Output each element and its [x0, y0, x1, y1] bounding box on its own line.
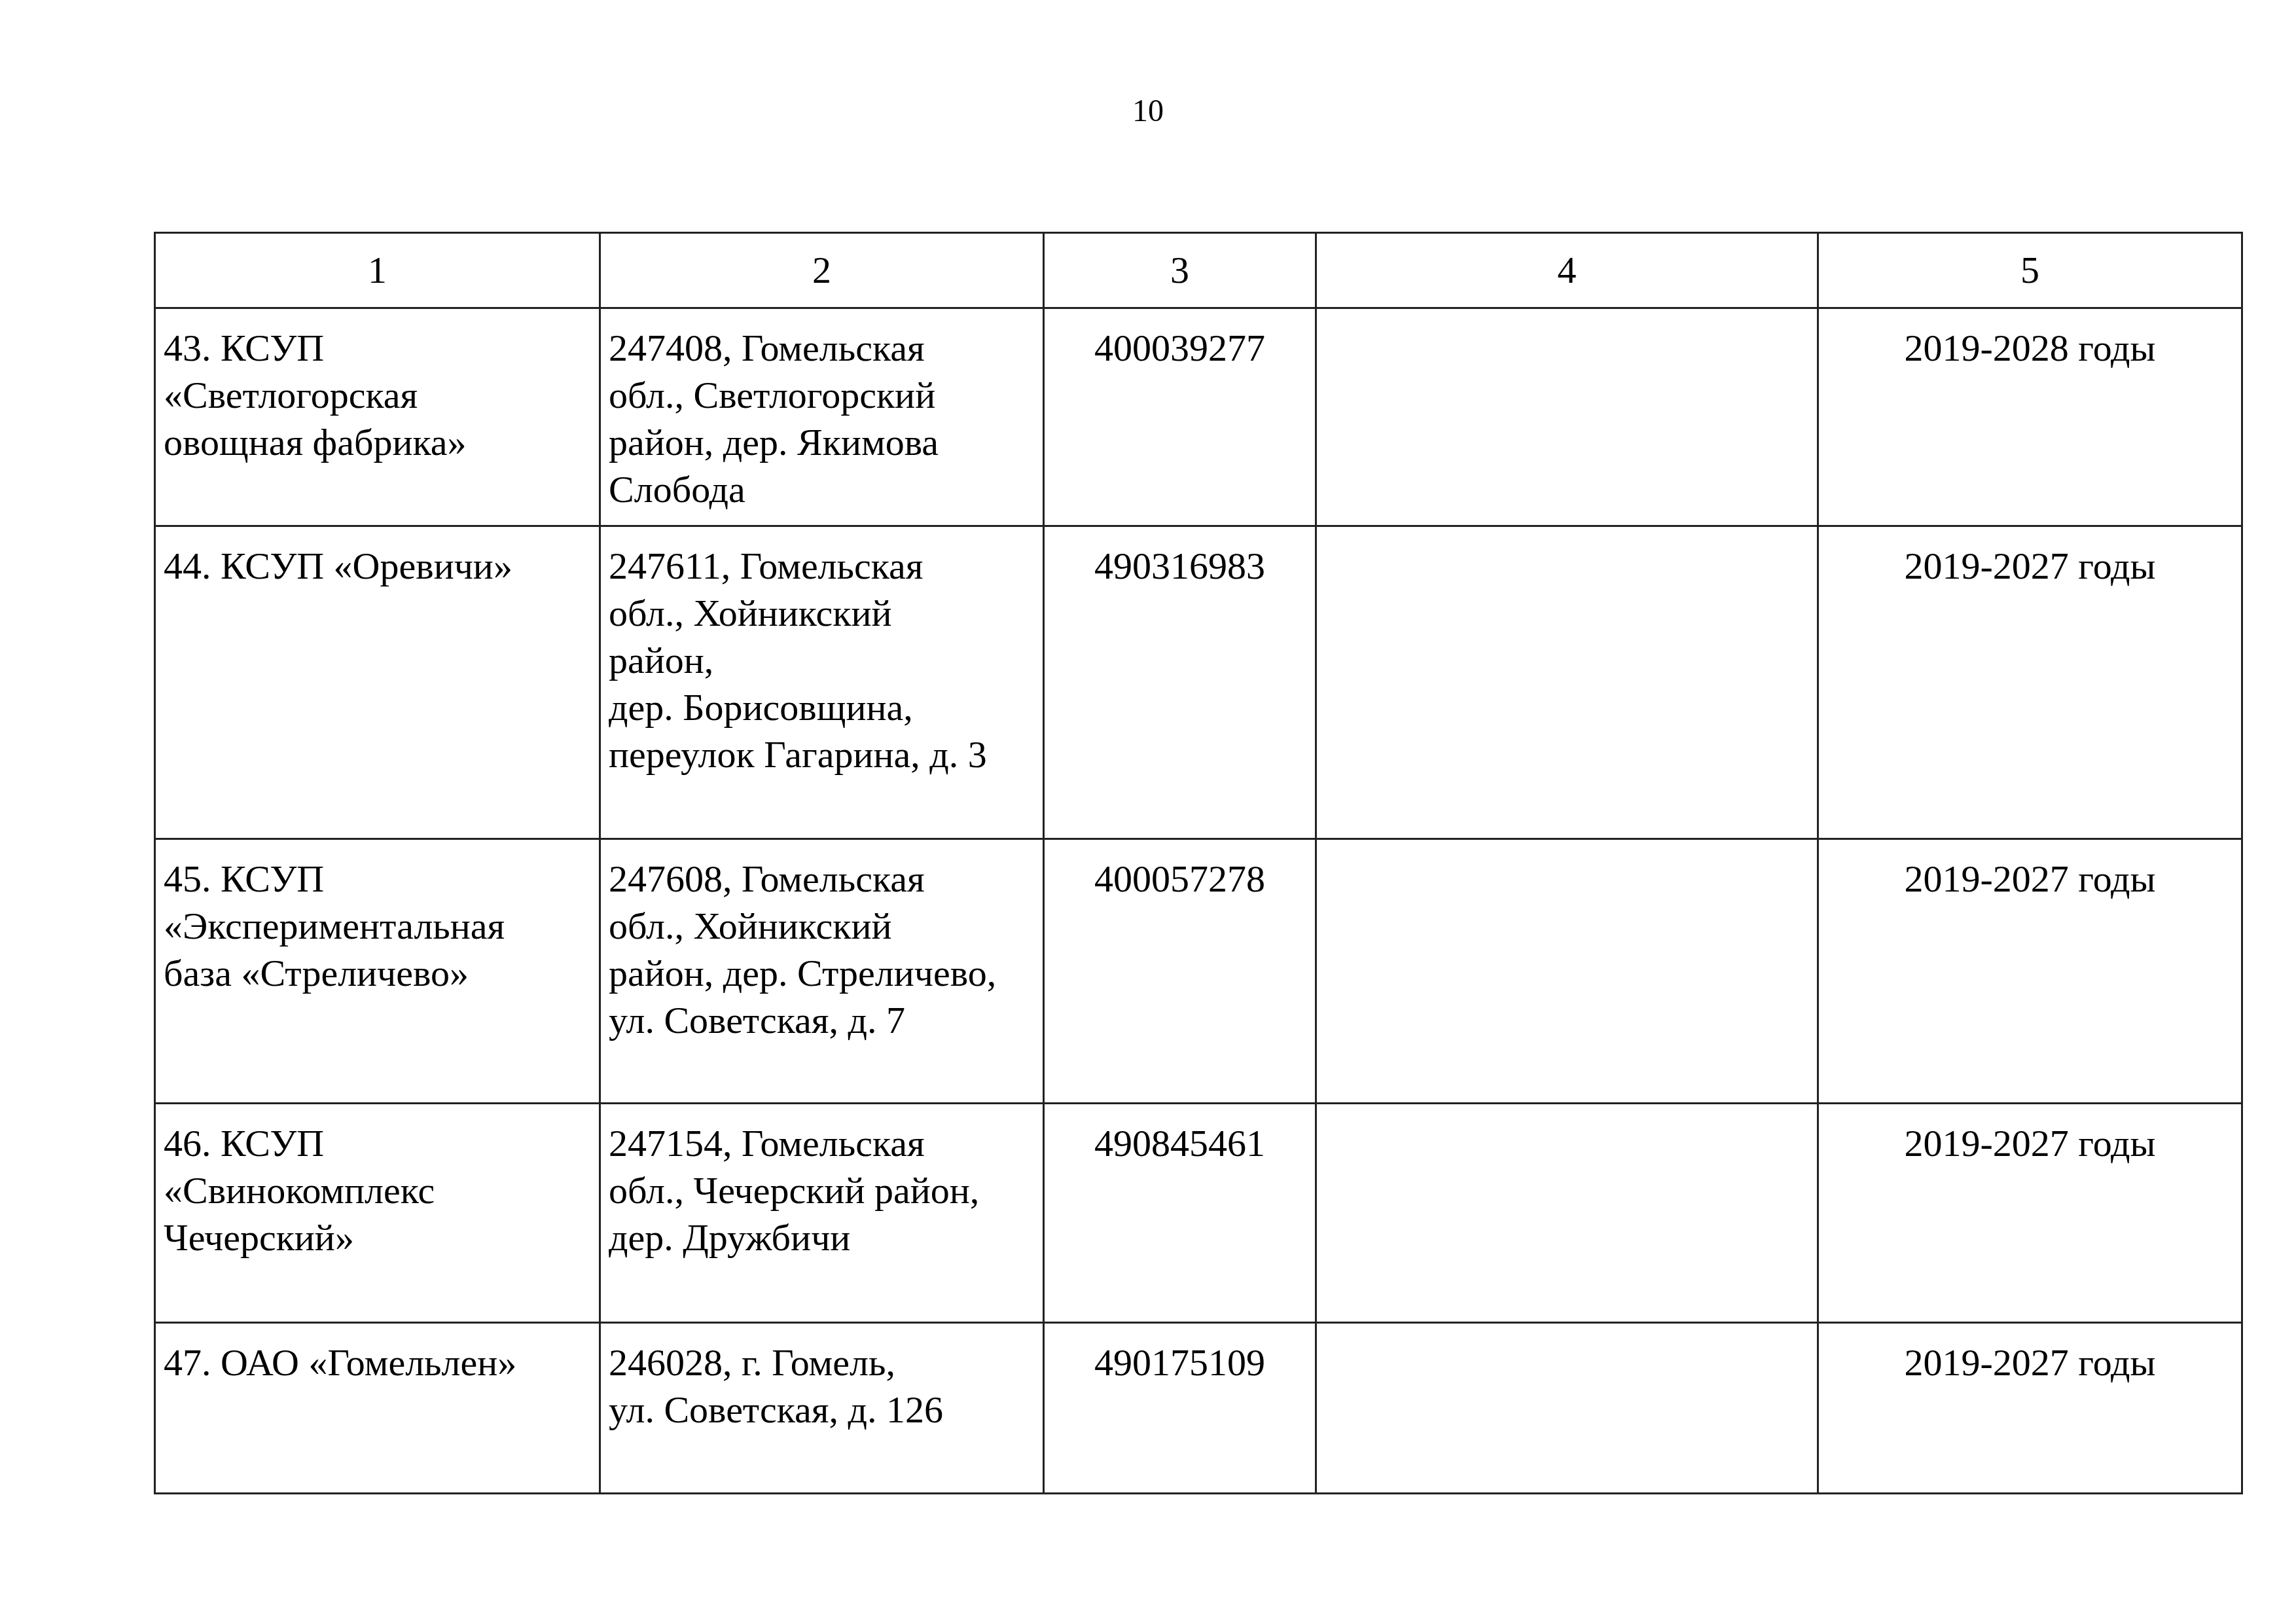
name-line: база «Стреличево»: [164, 950, 591, 997]
column-4-cell: [1316, 308, 1818, 526]
registration-number-cell: 400057278: [1044, 839, 1316, 1104]
name-line: 47. ОАО «Гомельлен»: [164, 1339, 591, 1386]
address-line: дер. Дружбичи: [609, 1214, 1035, 1261]
address-line: район, дер. Стреличево,: [609, 950, 1035, 997]
period-cell: 2019-2028 годы: [1818, 308, 2242, 526]
address-line: переулок Гагарина, д. 3: [609, 731, 1035, 778]
address-cell: 247611, Гомельскаяобл., Хойникскийрайон,…: [600, 526, 1044, 839]
column-4-cell: [1316, 526, 1818, 839]
name-line: «Свинокомплекс: [164, 1167, 591, 1214]
registration-number-cell: 490175109: [1044, 1323, 1316, 1494]
column-header-5: 5: [1818, 233, 2242, 308]
registration-number-cell: 490316983: [1044, 526, 1316, 839]
enterprise-name-cell: 46. КСУП«СвинокомплексЧечерский»: [155, 1104, 600, 1323]
column-number-row: 1 2 3 4 5: [155, 233, 2242, 308]
address-line: район,: [609, 637, 1035, 684]
enterprise-name-cell: 43. КСУП«Светлогорскаяовощная фабрика»: [155, 308, 600, 526]
column-4-cell: [1316, 1104, 1818, 1323]
address-cell: 246028, г. Гомель,ул. Советская, д. 126: [600, 1323, 1044, 1494]
column-4-cell: [1316, 839, 1818, 1104]
address-line: 247611, Гомельская: [609, 543, 1035, 590]
address-line: обл., Хойникский: [609, 590, 1035, 637]
address-line: район, дер. Якимова: [609, 419, 1035, 466]
address-line: 247608, Гомельская: [609, 856, 1035, 903]
registration-number-cell: 490845461: [1044, 1104, 1316, 1323]
period-cell: 2019-2027 годы: [1818, 1323, 2242, 1494]
address-line: ул. Советская, д. 7: [609, 997, 1035, 1044]
address-line: 246028, г. Гомель,: [609, 1339, 1035, 1386]
enterprise-name-cell: 45. КСУП«Экспериментальнаябаза «Стреличе…: [155, 839, 600, 1104]
name-line: «Экспериментальная: [164, 903, 591, 950]
column-header-4: 4: [1316, 233, 1818, 308]
period-cell: 2019-2027 годы: [1818, 526, 2242, 839]
name-line: овощная фабрика»: [164, 419, 591, 466]
column-header-2: 2: [600, 233, 1044, 308]
address-cell: 247408, Гомельскаяобл., Светлогорскийрай…: [600, 308, 1044, 526]
column-4-cell: [1316, 1323, 1818, 1494]
address-line: обл., Хойникский: [609, 903, 1035, 950]
address-cell: 247608, Гомельскаяобл., Хойникскийрайон,…: [600, 839, 1044, 1104]
table-row: 44. КСУП «Оревичи» 247611, Гомельскаяобл…: [155, 526, 2242, 839]
page-number: 10: [0, 92, 2296, 131]
address-cell: 247154, Гомельскаяобл., Чечерский район,…: [600, 1104, 1044, 1323]
address-line: ул. Советская, д. 126: [609, 1386, 1035, 1434]
address-line: обл., Чечерский район,: [609, 1167, 1035, 1214]
name-line: 43. КСУП: [164, 325, 591, 372]
address-line: обл., Светлогорский: [609, 372, 1035, 419]
column-header-3: 3: [1044, 233, 1316, 308]
address-line: Слобода: [609, 466, 1035, 513]
address-line: 247154, Гомельская: [609, 1120, 1035, 1167]
name-line: «Светлогорская: [164, 372, 591, 419]
registration-number-cell: 400039277: [1044, 308, 1316, 526]
table-row: 46. КСУП«СвинокомплексЧечерский» 247154,…: [155, 1104, 2242, 1323]
enterprise-table: 1 2 3 4 5 43. КСУП«Светлогорскаяовощная …: [154, 232, 2243, 1494]
name-line: 46. КСУП: [164, 1120, 591, 1167]
address-line: дер. Борисовщина,: [609, 684, 1035, 731]
enterprise-name-cell: 47. ОАО «Гомельлен»: [155, 1323, 600, 1494]
column-header-1: 1: [155, 233, 600, 308]
name-line: 45. КСУП: [164, 856, 591, 903]
address-line: 247408, Гомельская: [609, 325, 1035, 372]
name-line: Чечерский»: [164, 1214, 591, 1261]
period-cell: 2019-2027 годы: [1818, 839, 2242, 1104]
name-line: 44. КСУП «Оревичи»: [164, 543, 591, 590]
table-row: 43. КСУП«Светлогорскаяовощная фабрика» 2…: [155, 308, 2242, 526]
table-row: 47. ОАО «Гомельлен» 246028, г. Гомель,ул…: [155, 1323, 2242, 1494]
table-row: 45. КСУП«Экспериментальнаябаза «Стреличе…: [155, 839, 2242, 1104]
period-cell: 2019-2027 годы: [1818, 1104, 2242, 1323]
enterprise-name-cell: 44. КСУП «Оревичи»: [155, 526, 600, 839]
